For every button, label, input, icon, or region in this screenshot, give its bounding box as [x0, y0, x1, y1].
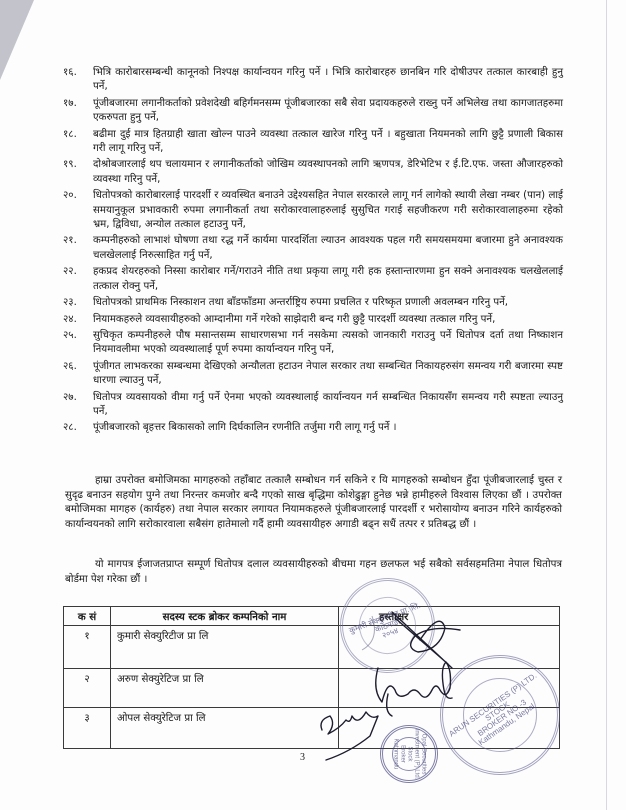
- demand-item: २२.हकप्रद शेयरहरुको निस्सा कारोबार गर्ने…: [63, 265, 563, 294]
- header-serial-number: क सं: [64, 607, 111, 626]
- demand-text: सुचिकृत कम्पनीहरुले पौष मसान्तसम्म साधार…: [93, 329, 563, 358]
- demand-number: २०.: [63, 189, 93, 232]
- demand-number: २३.: [63, 296, 93, 310]
- demand-text: धितोपत्रको कारोबारलाई पारदर्शी र व्यवस्थ…: [93, 189, 563, 232]
- demands-list: १६.भित्रि कारोबारसम्बन्धी कानूनको निश्पक…: [63, 66, 563, 438]
- demand-number: २५.: [63, 329, 93, 358]
- demand-item: २६.पूंजीगत लाभकरका सम्बन्धमा देखिएको अन्…: [63, 360, 563, 389]
- demand-text: दोश्रोबजारलाई थप चलायमान र लगानीकर्ताको …: [93, 158, 563, 187]
- serial-number-cell: ३: [64, 708, 111, 749]
- signature-cell: [339, 669, 560, 708]
- table-row: १ कुमारी सेक्युरिटीज प्रा लि: [64, 626, 560, 669]
- demand-item: १६.भित्रि कारोबारसम्बन्धी कानूनको निश्पक…: [63, 66, 563, 95]
- page-corner-shadow: [0, 0, 34, 80]
- demand-item: २५.सुचिकृत कम्पनीहरुले पौष मसान्तसम्म सा…: [63, 329, 563, 358]
- header-signature: हस्ताक्षर: [339, 607, 560, 626]
- demand-item: १७.पूंजीबजारमा लगानीकर्ताको प्रवेशदेखी ब…: [63, 97, 563, 126]
- signatories-table: क सं सदस्य स्टक ब्रोकर कम्पनिको नाम हस्त…: [63, 606, 560, 749]
- demand-number: २७.: [63, 391, 93, 420]
- demand-item: १८.बढीमा दुई मात्र हितग्राही खाता खोल्न …: [63, 128, 563, 157]
- demand-text: कम्पनीहरुको लाभाशं घोषणा तथा रद्ध गर्ने …: [93, 234, 563, 263]
- demand-text: हकप्रद शेयरहरुको निस्सा कारोबार गर्ने/गर…: [93, 265, 563, 294]
- demand-number: २६.: [63, 360, 93, 389]
- table-header-row: क सं सदस्य स्टक ब्रोकर कम्पनिको नाम हस्त…: [64, 607, 560, 626]
- demand-number: १९.: [63, 158, 93, 187]
- demand-number: २१.: [63, 234, 93, 263]
- signature-cell: [339, 626, 560, 669]
- demand-number: २४.: [63, 313, 93, 327]
- demand-text: पूंजीबजारको बृहत्तर बिकासको लागि दिर्घका…: [93, 421, 563, 435]
- document-page: १६.भित्रि कारोबारसम्बन्धी कानूनको निश्पक…: [0, 0, 626, 810]
- demand-number: १६.: [63, 66, 93, 95]
- demand-item: २३.धितोपत्रको प्राथमिक निस्काशन तथा बाँड…: [63, 296, 563, 310]
- demand-text: धितोपत्रको प्राथमिक निस्काशन तथा बाँडफाँ…: [93, 296, 563, 310]
- demand-item: २४.नियामकहरुले व्यवसायीहरुको आम्दानीमा ग…: [63, 313, 563, 327]
- closing-paragraph: हाम्रा उपरोक्त बमोजिमका मागहरुको तहाँबाट…: [65, 474, 562, 532]
- demand-number: २८.: [63, 421, 93, 435]
- serial-number-cell: २: [64, 669, 111, 708]
- demand-text: धितोपत्र व्यवसायको वीमा गर्नु पर्ने ऐनमा…: [93, 391, 563, 420]
- demand-text: बढीमा दुई मात्र हितग्राही खाता खोल्न पाउ…: [93, 128, 563, 157]
- scan-edge-line: [606, 0, 607, 810]
- company-name-cell: ओपल सेक्युरेटिज प्रा लि: [111, 708, 339, 749]
- demand-text: भित्रि कारोबारसम्बन्धी कानूनको निश्पक्ष …: [93, 66, 563, 95]
- page-number: 3: [300, 752, 305, 763]
- demand-text: पूंजीबजारमा लगानीकर्ताको प्रवेशदेखी बहिर…: [93, 97, 563, 126]
- demand-number: १८.: [63, 128, 93, 157]
- demand-item: २१.कम्पनीहरुको लाभाशं घोषणा तथा रद्ध गर्…: [63, 234, 563, 263]
- company-name-cell: कुमारी सेक्युरिटीज प्रा लि: [111, 626, 339, 669]
- demand-text: पूंजीगत लाभकरका सम्बन्धमा देखिएको अन्यौल…: [93, 360, 563, 389]
- demand-item: २०.धितोपत्रको कारोबारलाई पारदर्शी र व्यव…: [63, 189, 563, 232]
- table-row: ३ ओपल सेक्युरेटिज प्रा लि: [64, 708, 560, 749]
- demand-text: नियामकहरुले व्यवसायीहरुको आम्दानीमा गर्न…: [93, 313, 563, 327]
- serial-number-cell: १: [64, 626, 111, 669]
- demand-item: २८.पूंजीबजारको बृहत्तर बिकासको लागि दिर्…: [63, 421, 563, 435]
- table-row: २ अरुण सेक्युरेटिज प्रा लि: [64, 669, 560, 708]
- company-name-cell: अरुण सेक्युरेटिज प्रा लि: [111, 669, 339, 708]
- demand-number: २२.: [63, 265, 93, 294]
- demand-item: २७.धितोपत्र व्यवसायको वीमा गर्नु पर्ने ऐ…: [63, 391, 563, 420]
- submission-paragraph: यो मागपत्र ईजाजतप्राप्त सम्पूर्ण धितोपत्…: [65, 558, 562, 587]
- signature-cell: [339, 708, 560, 749]
- demand-item: १९.दोश्रोबजारलाई थप चलायमान र लगानीकर्ता…: [63, 158, 563, 187]
- demand-number: १७.: [63, 97, 93, 126]
- header-company-name: सदस्य स्टक ब्रोकर कम्पनिको नाम: [111, 607, 339, 626]
